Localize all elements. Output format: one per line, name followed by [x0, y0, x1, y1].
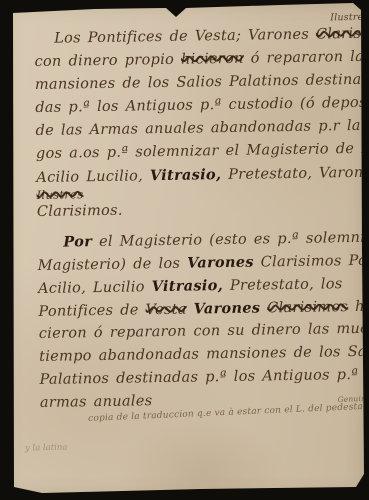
manuscript-word: mansiones de los Salios Palatinos destin… [35, 72, 367, 93]
retraced-word: Varones [187, 254, 254, 272]
paragraph-1: Los Pontifices de Vesta; Varones Clarisi… [34, 23, 357, 224]
manuscript-line: Clarisimos. [37, 196, 357, 224]
manuscript-text: Los Pontifices de Vesta; Varones Clarisi… [34, 23, 360, 415]
manuscript-word: das p.ª los Antiguos p.ª custodio (ó dep… [35, 94, 369, 116]
manuscript-paper: Los Pontifices de Vesta; Varones Clarisi… [0, 0, 369, 500]
inserted-word: Ilustres [330, 5, 369, 29]
retraced-word: Por [63, 233, 92, 250]
struck-word: Clarisimos [267, 299, 348, 316]
struck-word: ClarisimosIlustres [316, 25, 369, 42]
manuscript-word: gos a.os p.ª solemnizar el Magisterio de… [36, 140, 369, 162]
manuscript-word: Pontifices de [38, 302, 145, 320]
manuscript-word: de las Armas anuales abandonadas p.r lar… [35, 118, 369, 139]
manuscript-word: ó repararon las [244, 49, 369, 67]
paragraph-2: Por el Magisterio (esto es p.ª solemniza… [37, 226, 360, 415]
manuscript-word: armas anuales [40, 393, 153, 411]
manuscript-word: Magisterio) de los [38, 256, 188, 274]
manuscript-word: con dinero propio [34, 52, 181, 70]
manuscript-word [260, 300, 267, 316]
manuscript-word: L. del pedestalGenuina [296, 402, 367, 415]
photo-background: { "page": { "background_color": "#0f0d0a… [0, 0, 369, 500]
footnote-left-annotation: y la latina [25, 442, 68, 453]
manuscript-word: Pretestato, Varones [221, 165, 369, 183]
retraced-word: Vitrasio, [152, 277, 224, 295]
struck-word: Vesta [145, 302, 186, 319]
manuscript-word: Clarisimos. [37, 203, 123, 220]
struck-word: hicieron [181, 51, 244, 68]
manuscript-word: Clarisimos Porcio, [254, 252, 369, 270]
inserted-word: Genuina [337, 393, 369, 403]
manuscript-word: hi- [348, 299, 369, 315]
manuscript-word: Pretestato, los [223, 276, 343, 294]
manuscript-word: el Magisterio (esto es p.ª solemnizar el [92, 229, 369, 250]
manuscript-word: Acilio Lucilio, [36, 168, 150, 186]
retraced-word: Varones [194, 299, 261, 317]
retraced-word: Vitrasio, [150, 166, 222, 184]
manuscript-word: Palatinos destinadas p.ª los Antiguos p.… [39, 367, 369, 388]
manuscript-word: cieron ó repararon con su dinero las muc… [39, 320, 369, 341]
manuscript-word: Los Pontifices de Vesta; Varones [54, 27, 316, 47]
manuscript-word: Acilio, Lucilio [38, 279, 152, 297]
manuscript-word: tiempo abandonadas mansiones de los Sali… [39, 343, 369, 365]
